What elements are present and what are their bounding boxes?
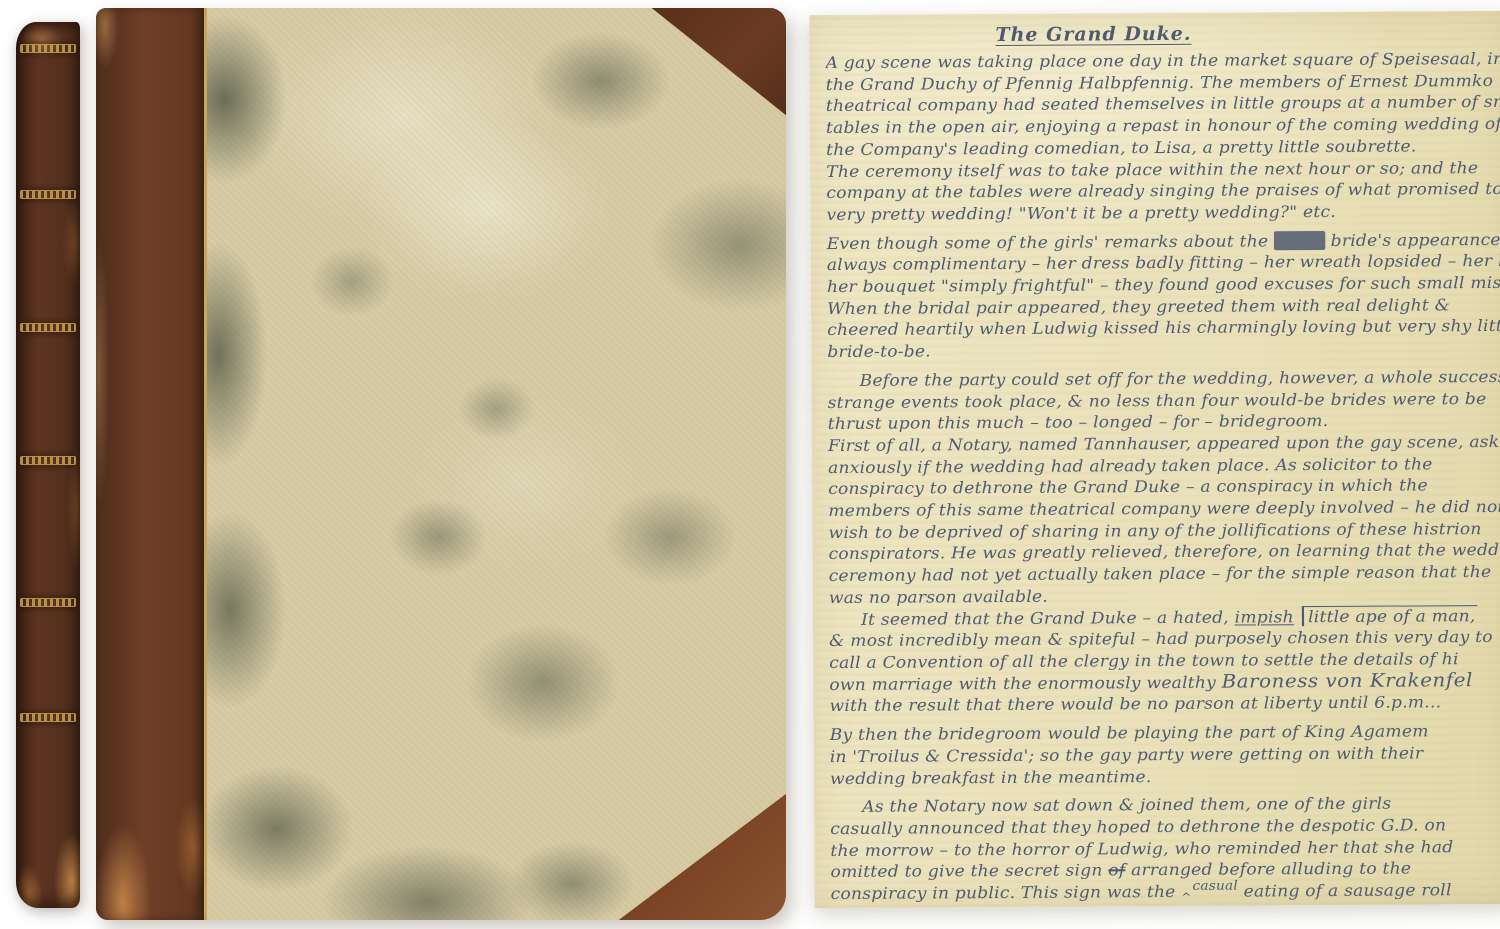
leather-corner-bottom-right — [610, 768, 786, 920]
manuscript-line: wedding breakfast in the meantime. — [830, 763, 1500, 789]
board-leather-hinge-strip — [96, 8, 204, 920]
spine-gilt-band — [20, 323, 76, 332]
book-cover-photo — [14, 8, 786, 920]
spine-gilt-band — [20, 598, 76, 607]
book-spine — [16, 22, 80, 908]
spine-gilt-band — [20, 456, 76, 465]
manuscript-line: conspiracy in public. This sign was the … — [831, 879, 1500, 908]
manuscript-line: company at the tables were already singi… — [826, 178, 1500, 204]
manuscript-lines: A gay scene was taking place one day in … — [826, 48, 1500, 908]
spine-gilt-band — [20, 713, 76, 722]
manuscript-line: very pretty wedding! "Won't it be a pret… — [826, 199, 1500, 225]
manuscript-line: in 'Troilus & Cressida'; so the gay part… — [830, 741, 1500, 767]
gilt-corner-line — [657, 22, 786, 162]
manuscript-line: bride-to-be. — [827, 337, 1500, 363]
gilt-corner-line — [611, 736, 786, 882]
manuscript-line: cheered heartily when Ludwig kissed his … — [827, 315, 1500, 341]
manuscript-line: with the result that there would be no p… — [829, 691, 1500, 717]
photo-stage: The Grand Duke. A gay scene was taking p… — [0, 0, 1500, 929]
spine-gilt-band — [20, 190, 76, 199]
book-front-board — [96, 8, 786, 920]
manuscript-title: The Grand Duke. — [995, 21, 1191, 48]
leather-corner-top-right — [628, 8, 786, 142]
manuscript-text-area: The Grand Duke. A gay scene was taking p… — [825, 19, 1500, 908]
manuscript-line: ceremony had not yet actually taken plac… — [829, 561, 1500, 587]
spine-gilt-band — [20, 44, 76, 53]
marbled-paper-cover — [207, 8, 786, 920]
manuscript-line: strange events took place, & no less tha… — [828, 387, 1500, 413]
manuscript-page: The Grand Duke. A gay scene was taking p… — [809, 11, 1500, 908]
